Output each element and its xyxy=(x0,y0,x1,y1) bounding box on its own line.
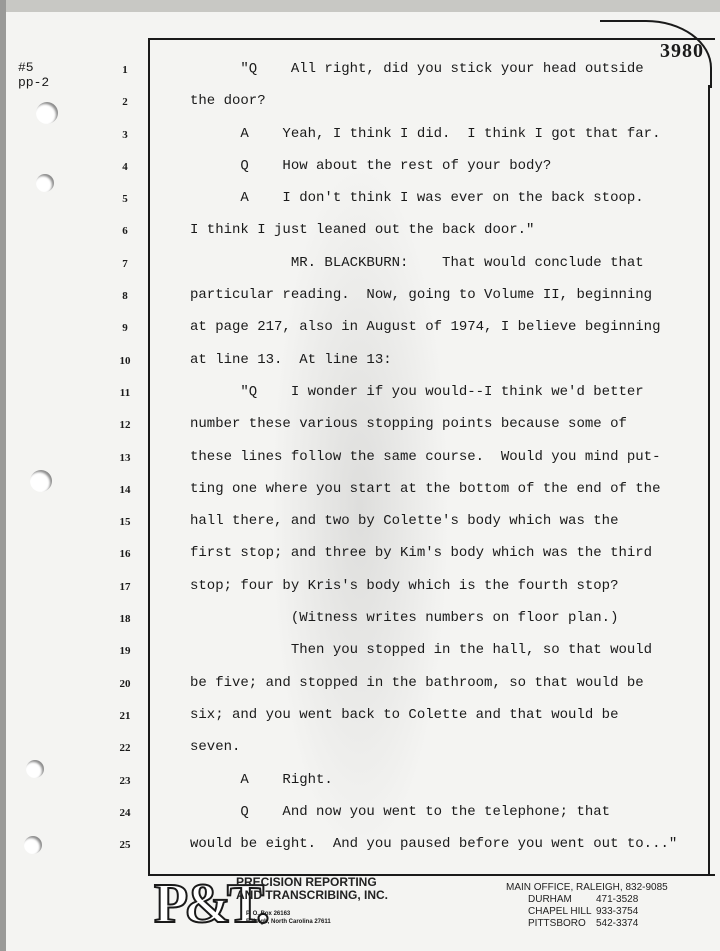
margin-note-exhibit: #5 xyxy=(18,60,49,75)
transcript-line: A I don't think I was ever on the back s… xyxy=(190,188,700,220)
transcript-body: "Q All right, did you stick your head ou… xyxy=(190,59,700,866)
line-number: 13 xyxy=(110,447,140,479)
line-number: 5 xyxy=(110,188,140,220)
margin-note-pages: pp-2 xyxy=(18,75,49,90)
office-city: CHAPEL HILL xyxy=(528,906,596,918)
transcript-line: I think I just leaned out the back door.… xyxy=(190,220,700,252)
transcript-line: hall there, and two by Colette's body wh… xyxy=(190,511,700,543)
scan-top-edge xyxy=(0,0,720,12)
transcript-line: six; and you went back to Colette and th… xyxy=(190,705,700,737)
line-number: 11 xyxy=(110,382,140,414)
punch-hole xyxy=(36,102,58,124)
main-office: MAIN OFFICE, RALEIGH, 832-9085 xyxy=(506,882,668,894)
line-number: 25 xyxy=(110,834,140,866)
office-row: CHAPEL HILL933-3754 xyxy=(528,906,668,918)
company-name-line2: AND TRANSCRIBING, INC. xyxy=(236,889,388,902)
office-phone: 542-3374 xyxy=(596,918,638,930)
company-address: P. O. Box 26163 Raleigh, North Carolina … xyxy=(246,910,331,926)
transcript-line: Q And now you went to the telephone; tha… xyxy=(190,802,700,834)
line-number: 18 xyxy=(110,608,140,640)
line-number: 15 xyxy=(110,511,140,543)
line-number: 7 xyxy=(110,253,140,285)
line-number: 14 xyxy=(110,479,140,511)
transcript-line: number these various stopping points bec… xyxy=(190,414,700,446)
address-line2: Raleigh, North Carolina 27611 xyxy=(246,918,331,926)
transcript-line: A Yeah, I think I did. I think I got tha… xyxy=(190,124,700,156)
transcript-line: "Q I wonder if you would--I think we'd b… xyxy=(190,382,700,414)
office-list: MAIN OFFICE, RALEIGH, 832-9085 DURHAM471… xyxy=(506,882,668,930)
line-number: 9 xyxy=(110,317,140,349)
office-phone: 471-3528 xyxy=(596,894,638,906)
line-numbers: 1234567891011121314151617181920212223242… xyxy=(110,59,140,866)
line-number: 16 xyxy=(110,543,140,575)
office-row: DURHAM471-3528 xyxy=(528,894,668,906)
line-number: 22 xyxy=(110,737,140,769)
punch-hole xyxy=(26,760,44,778)
transcript-line: first stop; and three by Kim's body whic… xyxy=(190,543,700,575)
transcript-line: particular reading. Now, going to Volume… xyxy=(190,285,700,317)
line-number: 19 xyxy=(110,640,140,672)
transcript-line: A Right. xyxy=(190,770,700,802)
line-number: 12 xyxy=(110,414,140,446)
line-number: 17 xyxy=(110,576,140,608)
line-number: 6 xyxy=(110,220,140,252)
office-city: PITTSBORO xyxy=(528,918,596,930)
line-number: 2 xyxy=(110,91,140,123)
office-city: DURHAM xyxy=(528,894,596,906)
frame-right-edge xyxy=(708,85,710,874)
punch-hole xyxy=(36,174,54,192)
transcript-line: be five; and stopped in the bathroom, so… xyxy=(190,673,700,705)
punch-hole xyxy=(30,470,52,492)
transcript-line: these lines follow the same course. Woul… xyxy=(190,447,700,479)
transcript-line: at line 13. At line 13: xyxy=(190,350,700,382)
line-number: 3 xyxy=(110,124,140,156)
transcript-line: seven. xyxy=(190,737,700,769)
office-phone: 933-3754 xyxy=(596,906,638,918)
company-name: PRECISION REPORTING AND TRANSCRIBING, IN… xyxy=(236,876,388,902)
line-number: 24 xyxy=(110,802,140,834)
scan-left-edge xyxy=(0,0,6,951)
transcript-line: at page 217, also in August of 1974, I b… xyxy=(190,317,700,349)
transcript-line: stop; four by Kris's body which is the f… xyxy=(190,576,700,608)
reporter-footer: P&T. PRECISION REPORTING AND TRANSCRIBIN… xyxy=(150,874,720,951)
line-number: 1 xyxy=(110,59,140,91)
transcript-line: the door? xyxy=(190,91,700,123)
address-line1: P. O. Box 26163 xyxy=(246,910,331,918)
transcript-line: (Witness writes numbers on floor plan.) xyxy=(190,608,700,640)
transcript-line: would be eight. And you paused before yo… xyxy=(190,834,700,866)
margin-note: #5 pp-2 xyxy=(18,60,49,90)
line-number: 20 xyxy=(110,673,140,705)
line-number: 4 xyxy=(110,156,140,188)
line-number: 23 xyxy=(110,770,140,802)
line-number: 8 xyxy=(110,285,140,317)
transcript-line: Then you stopped in the hall, so that wo… xyxy=(190,640,700,672)
transcript-line: ting one where you start at the bottom o… xyxy=(190,479,700,511)
line-number: 21 xyxy=(110,705,140,737)
punch-hole xyxy=(24,836,42,854)
transcript-line: MR. BLACKBURN: That would conclude that xyxy=(190,253,700,285)
transcript-line: Q How about the rest of your body? xyxy=(190,156,700,188)
transcript-line: "Q All right, did you stick your head ou… xyxy=(190,59,700,91)
line-number: 10 xyxy=(110,350,140,382)
office-row: PITTSBORO542-3374 xyxy=(528,918,668,930)
